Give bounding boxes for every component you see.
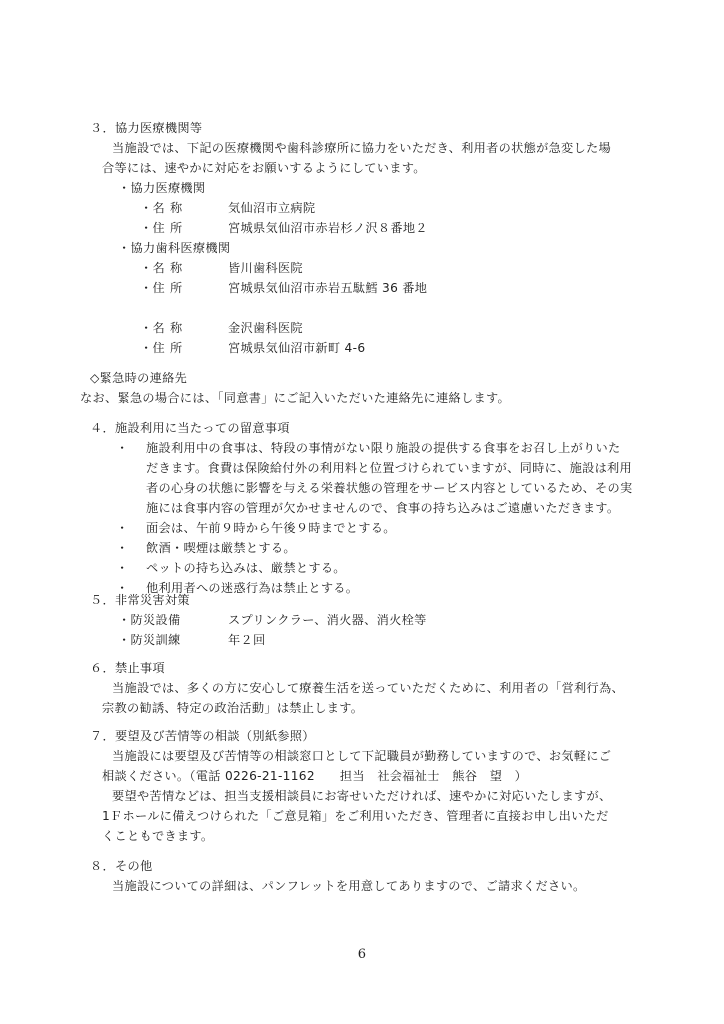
- item-text: ペットの持ち込みは、厳禁とする。: [146, 561, 346, 575]
- section-4-item-1-line-3: 者の心身の状態に影響を与える栄養状態の管理をサービス内容としているため、その実: [146, 478, 633, 498]
- name-key-2: 称: [158, 198, 212, 218]
- dental-1-name-value: 皆川歯科医院: [212, 261, 303, 275]
- section-4-item-1-line-4: 施には食事内容の管理が欠かせませんので、食事の持ち込みはご遠慮いただきます。: [146, 498, 619, 518]
- medical-name-row: ・名称気仙沼市立病院: [140, 198, 315, 218]
- section-7-line-3: 要望や苦情などは、担当支援相談員にお寄せいただければ、速やかに対応いたしますが、: [112, 786, 612, 806]
- address-key-1: ・住: [140, 218, 158, 238]
- item-text: 飲酒・喫煙は厳禁とする。: [146, 541, 296, 555]
- name-key-1: ・名: [140, 258, 158, 278]
- cooperating-medical-label: ・協力医療機関: [118, 178, 205, 198]
- section-7-line-4: 1Ｆホールに備えつけられた「ご意見箱」をご利用いただき、管理者に直接お申し出いた…: [102, 806, 609, 826]
- dental-1-address-row: ・住所宮城県気仙沼市赤岩五駄鱈 36 番地: [140, 278, 427, 298]
- dental-2-address-value: 宮城県気仙沼市新町 4-6: [212, 341, 365, 355]
- cooperating-dental-label: ・協力歯科医療機関: [118, 238, 230, 258]
- document-page: ３．協力医療機関等 当施設では、下記の医療機関や歯科診療所に協力をいただき、利用…: [0, 0, 724, 1024]
- section-4-item-4: ・ペットの持ち込みは、厳禁とする。: [116, 558, 346, 578]
- dental-2-name-value: 金沢歯科医院: [212, 321, 303, 335]
- section-3-heading: ３．協力医療機関等: [90, 118, 202, 138]
- disaster-equipment-label: ・防災設備: [118, 610, 228, 630]
- section-3-intro-line-2: 合等には、速やかに対応をお願いするようにしています。: [102, 158, 426, 178]
- section-8-line-1: 当施設についての詳細は、パンフレットを用意してありますので、ご請求ください。: [112, 876, 585, 896]
- section-6-line-1: 当施設では、多くの方に安心して療養生活を送っていただくために、利用者の「営利行為…: [112, 678, 624, 698]
- emergency-contact-text: なお、緊急の場合には、「同意書」にご記入いただいた連絡先に連絡します。: [80, 388, 510, 408]
- disaster-drill-row: ・防災訓練年２回: [118, 630, 265, 650]
- dental-2-name-row: ・名称金沢歯科医院: [140, 318, 303, 338]
- section-7-heading: ７．要望及び苦情等の相談（別紙参照）: [90, 726, 315, 746]
- medical-name-value: 気仙沼市立病院: [212, 201, 315, 215]
- section-8-heading: ８．その他: [90, 856, 152, 876]
- address-key-2: 所: [158, 338, 212, 358]
- address-key-1: ・住: [140, 338, 158, 358]
- section-5-heading: ５．非常災害対策: [90, 590, 190, 610]
- name-key-2: 称: [158, 258, 212, 278]
- section-4-item-1-line-2: だきます。食費は保険給付外の利用料と位置づけられていますが、同時に、施設は利用: [146, 458, 632, 478]
- disaster-drill-label: ・防災訓練: [118, 630, 228, 650]
- dental-1-name-row: ・名称皆川歯科医院: [140, 258, 303, 278]
- bullet-icon: ・: [116, 558, 146, 578]
- page-number: 6: [0, 947, 724, 962]
- name-key-1: ・名: [140, 318, 158, 338]
- name-key-2: 称: [158, 318, 212, 338]
- bullet-icon: ・: [116, 438, 146, 458]
- disaster-equipment-value: スプリンクラー、消火器、消火栓等: [228, 613, 427, 627]
- section-4-heading: ４．施設利用に当たっての留意事項: [90, 418, 290, 438]
- dental-1-address-value: 宮城県気仙沼市赤岩五駄鱈 36 番地: [212, 281, 427, 295]
- item-text: 面会は、午前９時から午後９時までとする。: [146, 521, 396, 535]
- disaster-equipment-row: ・防災設備スプリンクラー、消火器、消火栓等: [118, 610, 427, 630]
- section-4-item-1: ・施設利用中の食事は、特段の事情がない限り施設の提供する食事をお召し上がりいた: [116, 438, 621, 458]
- section-7-line-2: 相談ください。（電話 0226-21-1162 担当 社会福祉士 熊谷 望 ）: [102, 766, 527, 786]
- item-text: 施設利用中の食事は、特段の事情がない限り施設の提供する食事をお召し上がりいた: [146, 441, 621, 455]
- section-3-intro-line-1: 当施設では、下記の医療機関や歯科診療所に協力をいただき、利用者の状態が急変した場: [112, 138, 611, 158]
- address-key-2: 所: [158, 278, 212, 298]
- name-key-1: ・名: [140, 198, 158, 218]
- disaster-drill-value: 年２回: [228, 633, 265, 647]
- bullet-icon: ・: [116, 538, 146, 558]
- section-6-line-2: 宗教の勧誘、特定の政治活動」は禁止します。: [102, 698, 363, 718]
- section-7-line-5: くこともできます。: [102, 826, 213, 846]
- medical-address-row: ・住所宮城県気仙沼市赤岩杉ノ沢８番地２: [140, 218, 428, 238]
- section-4-item-2: ・面会は、午前９時から午後９時までとする。: [116, 518, 396, 538]
- emergency-contact-title: ◇緊急時の連絡先: [90, 368, 187, 388]
- section-6-heading: ６．禁止事項: [90, 658, 165, 678]
- section-4-item-3: ・飲酒・喫煙は厳禁とする。: [116, 538, 296, 558]
- dental-2-address-row: ・住所宮城県気仙沼市新町 4-6: [140, 338, 365, 358]
- address-key-1: ・住: [140, 278, 158, 298]
- section-7-line-1: 当施設には要望及び苦情等の相談窓口として下記職員が勤務していますので、お気軽にご: [112, 746, 611, 766]
- bullet-icon: ・: [116, 518, 146, 538]
- medical-address-value: 宮城県気仙沼市赤岩杉ノ沢８番地２: [212, 221, 428, 235]
- address-key-2: 所: [158, 218, 212, 238]
